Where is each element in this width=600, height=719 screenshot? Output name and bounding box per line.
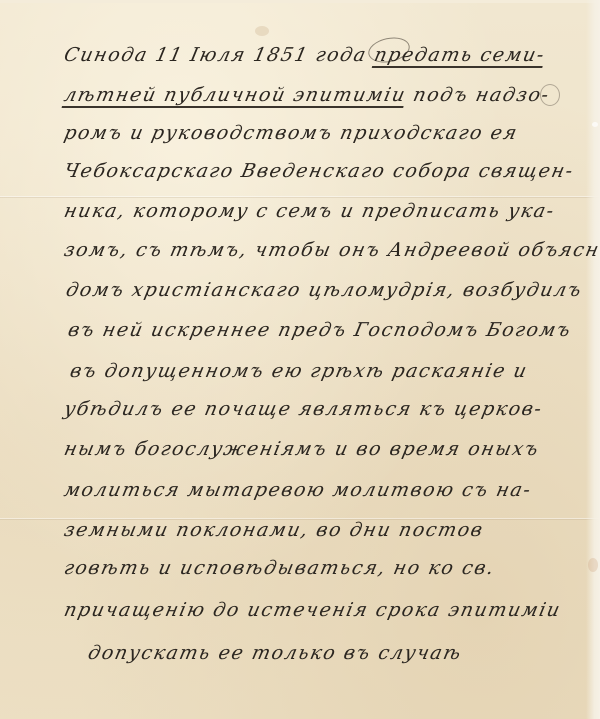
- line-text: ромъ и руководствомъ приходскаго ея: [62, 122, 520, 144]
- manuscript-line-13: земными поклонами, во дни постов: [62, 519, 486, 541]
- manuscript-line-8: въ ней искреннее предъ Господомъ Богомъ: [66, 319, 574, 341]
- manuscript-line-2: лѣтней публичной эпитиміи подъ надзо-: [62, 84, 552, 106]
- line-text: зомъ, съ тѣмъ, чтобы онъ Андреевой объяс…: [62, 239, 600, 261]
- line-text: молиться мытаревою молитвою съ на-: [62, 479, 534, 501]
- manuscript-line-16: допускать ее только въ случаѣ: [86, 642, 464, 664]
- paper-stain: [588, 558, 598, 572]
- line-text: подъ надзо-: [404, 84, 552, 106]
- line-text: допускать ее только въ случаѣ: [86, 642, 464, 664]
- line-text: домъ христіанскаго цѣломудрія, возбудилъ: [64, 279, 585, 301]
- paper-top-edge: [0, 0, 600, 3]
- line-text: Синода 11 Іюля 1851 года: [62, 44, 377, 66]
- line-text: нымъ богослуженіямъ и во время оныхъ: [62, 438, 541, 460]
- line-text: въ ней искреннее предъ Господомъ Богомъ: [66, 319, 574, 341]
- manuscript-line-10: убѣдилъ ее почаще являться къ церков-: [62, 398, 545, 420]
- manuscript-line-3: ромъ и руководствомъ приходскаго ея: [62, 122, 520, 144]
- line-text: земными поклонами, во дни постов: [62, 519, 486, 541]
- manuscript-line-15: причащенію до истеченія срока эпитиміи: [62, 599, 563, 621]
- paper-fold-line: [0, 196, 600, 197]
- manuscript-line-9: въ допущенномъ ею грѣхѣ раскаяніе и: [68, 360, 530, 382]
- manuscript-line-6: зомъ, съ тѣмъ, чтобы онъ Андреевой объяс…: [62, 239, 600, 261]
- line-text: въ допущенномъ ею грѣхѣ раскаяніе и: [68, 360, 530, 382]
- line-text: причащенію до истеченія срока эпитиміи: [62, 599, 563, 621]
- line-text: Чебоксарскаго Введенскаго собора священ-: [62, 160, 576, 182]
- manuscript-line-11: нымъ богослуженіямъ и во время оныхъ: [62, 438, 541, 460]
- paper-right-edge: [586, 0, 600, 719]
- paper-stain: [255, 26, 269, 36]
- manuscript-line-7: домъ христіанскаго цѣломудрія, возбудилъ: [64, 279, 585, 301]
- manuscript-line-14: говѣть и исповѣдываться, но ко св.: [62, 557, 497, 579]
- underlined-text: лѣтней публичной эпитиміи: [62, 84, 408, 106]
- line-text: говѣть и исповѣдываться, но ко св.: [62, 557, 497, 579]
- manuscript-line-4: Чебоксарскаго Введенскаго собора священ-: [62, 160, 576, 182]
- manuscript-page: Синода 11 Іюля 1851 года предать семи- л…: [0, 0, 600, 719]
- manuscript-line-12: молиться мытаревою молитвою съ на-: [62, 479, 534, 501]
- manuscript-line-1: Синода 11 Іюля 1851 года предать семи-: [62, 44, 547, 66]
- underlined-text: предать семи-: [372, 44, 547, 66]
- line-text: ника, которому с семъ и предписать ука-: [62, 200, 557, 222]
- paper-speck: [592, 122, 598, 127]
- line-text: убѣдилъ ее почаще являться къ церков-: [62, 398, 545, 420]
- manuscript-line-5: ника, которому с семъ и предписать ука-: [62, 200, 557, 222]
